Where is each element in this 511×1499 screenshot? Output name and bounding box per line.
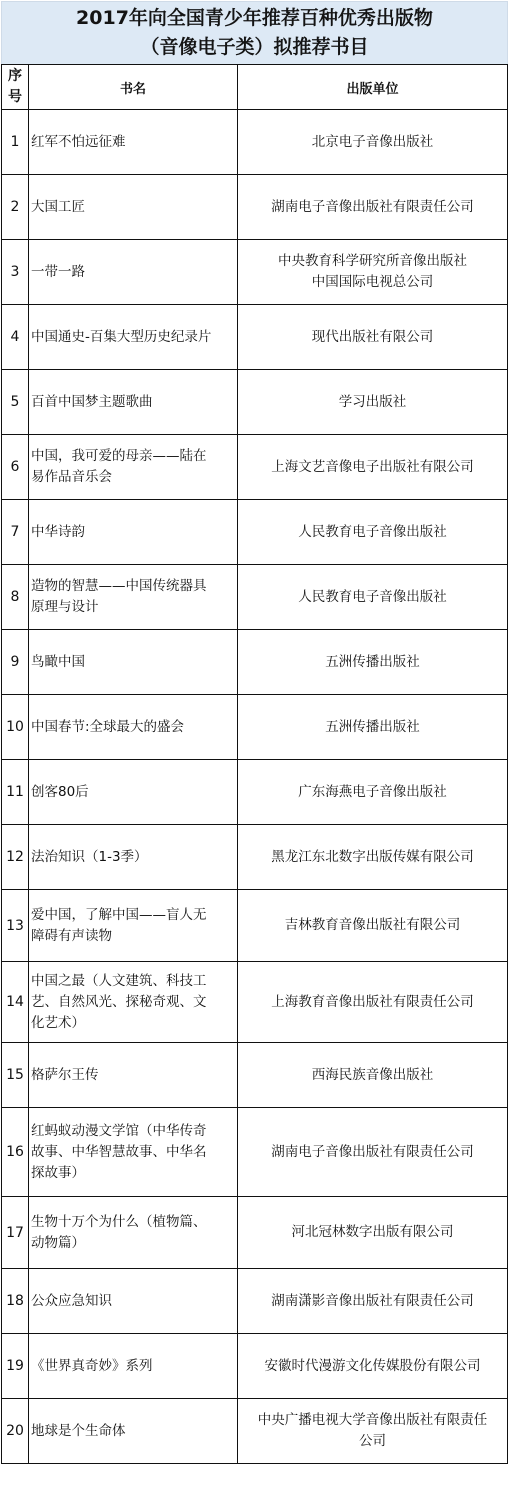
- row-number: 9: [2, 630, 29, 695]
- book-name: 红蚂蚁动漫文学馆（中华传奇 故事、中华智慧故事、中华名 探故事）: [29, 1108, 238, 1197]
- row-number: 6: [2, 435, 29, 500]
- table-row: 12 法治知识（1-3季） 黑龙江东北数字出版传媒有限公司: [2, 825, 508, 890]
- table-row: 11 创客80后 广东海燕电子音像出版社: [2, 760, 508, 825]
- publisher: 人民教育电子音像出版社: [238, 565, 508, 630]
- header-book-name: 书名: [29, 65, 238, 110]
- publisher: 五洲传播出版社: [238, 695, 508, 760]
- title-line-2: （音像电子类）拟推荐书目: [2, 33, 507, 62]
- book-name: 爱中国，了解中国——盲人无 障碍有声读物: [29, 890, 238, 962]
- row-number: 20: [2, 1399, 29, 1464]
- table-row: 17 生物十万个为什么（植物篇、 动物篇） 河北冠林数字出版有限公司: [2, 1197, 508, 1269]
- book-name: 造物的智慧——中国传统器具 原理与设计: [29, 565, 238, 630]
- row-number: 4: [2, 305, 29, 370]
- book-name: 中国之最（人文建筑、科技工 艺、自然风光、探秘奇观、文 化艺术）: [29, 962, 238, 1043]
- book-name: 中华诗韵: [29, 500, 238, 565]
- publisher: 五洲传播出版社: [238, 630, 508, 695]
- book-name: 中国春节:全球最大的盛会: [29, 695, 238, 760]
- row-number: 14: [2, 962, 29, 1043]
- row-number: 18: [2, 1269, 29, 1334]
- document-title: 2017年向全国青少年推荐百种优秀出版物 （音像电子类）拟推荐书目: [2, 2, 508, 65]
- publisher: 上海教育音像出版社有限责任公司: [238, 962, 508, 1043]
- header-serial-number: 序 号: [2, 65, 29, 110]
- publisher: 河北冠林数字出版有限公司: [238, 1197, 508, 1269]
- table-row: 13 爱中国，了解中国——盲人无 障碍有声读物 吉林教育音像出版社有限公司: [2, 890, 508, 962]
- book-name: 《世界真奇妙》系列: [29, 1334, 238, 1399]
- book-name: 百首中国梦主题歌曲: [29, 370, 238, 435]
- table-row: 14 中国之最（人文建筑、科技工 艺、自然风光、探秘奇观、文 化艺术） 上海教育…: [2, 962, 508, 1043]
- row-number: 10: [2, 695, 29, 760]
- book-name: 一带一路: [29, 240, 238, 305]
- book-name: 生物十万个为什么（植物篇、 动物篇）: [29, 1197, 238, 1269]
- publisher: 北京电子音像出版社: [238, 110, 508, 175]
- table-row: 4 中国通史-百集大型历史纪录片 现代出版社有限公司: [2, 305, 508, 370]
- book-name: 中国，我可爱的母亲——陆在 易作品音乐会: [29, 435, 238, 500]
- book-name: 大国工匠: [29, 175, 238, 240]
- publisher: 人民教育电子音像出版社: [238, 500, 508, 565]
- row-number: 16: [2, 1108, 29, 1197]
- table-row: 7 中华诗韵 人民教育电子音像出版社: [2, 500, 508, 565]
- book-name: 鸟瞰中国: [29, 630, 238, 695]
- table-row: 16 红蚂蚁动漫文学馆（中华传奇 故事、中华智慧故事、中华名 探故事） 湖南电子…: [2, 1108, 508, 1197]
- book-name: 创客80后: [29, 760, 238, 825]
- row-number: 8: [2, 565, 29, 630]
- table-row: 20 地球是个生命体 中央广播电视大学音像出版社有限责任 公司: [2, 1399, 508, 1464]
- table-row: 1 红军不怕远征难 北京电子音像出版社: [2, 110, 508, 175]
- recommendation-table: 2017年向全国青少年推荐百种优秀出版物 （音像电子类）拟推荐书目 序 号 书名…: [1, 1, 508, 1464]
- table-row: 6 中国，我可爱的母亲——陆在 易作品音乐会 上海文艺音像电子出版社有限公司: [2, 435, 508, 500]
- table-row: 18 公众应急知识 湖南潇影音像出版社有限责任公司: [2, 1269, 508, 1334]
- book-name: 中国通史-百集大型历史纪录片: [29, 305, 238, 370]
- publisher: 黑龙江东北数字出版传媒有限公司: [238, 825, 508, 890]
- recommended-list-sheet: 2017年向全国青少年推荐百种优秀出版物 （音像电子类）拟推荐书目 序 号 书名…: [1, 1, 508, 1464]
- row-number: 2: [2, 175, 29, 240]
- table-row: 19 《世界真奇妙》系列 安徽时代漫游文化传媒股份有限公司: [2, 1334, 508, 1399]
- publisher: 吉林教育音像出版社有限公司: [238, 890, 508, 962]
- publisher: 学习出版社: [238, 370, 508, 435]
- row-number: 13: [2, 890, 29, 962]
- table-row: 15 格萨尔王传 西海民族音像出版社: [2, 1043, 508, 1108]
- publisher: 广东海燕电子音像出版社: [238, 760, 508, 825]
- publisher: 中央教育科学研究所音像出版社 中国国际电视总公司: [238, 240, 508, 305]
- title-line-1: 2017年向全国青少年推荐百种优秀出版物: [2, 4, 507, 33]
- table-row: 3 一带一路 中央教育科学研究所音像出版社 中国国际电视总公司: [2, 240, 508, 305]
- table-row: 5 百首中国梦主题歌曲 学习出版社: [2, 370, 508, 435]
- book-name: 格萨尔王传: [29, 1043, 238, 1108]
- publisher: 西海民族音像出版社: [238, 1043, 508, 1108]
- publisher: 中央广播电视大学音像出版社有限责任 公司: [238, 1399, 508, 1464]
- table-row: 2 大国工匠 湖南电子音像出版社有限责任公司: [2, 175, 508, 240]
- row-number: 5: [2, 370, 29, 435]
- publisher: 湖南电子音像出版社有限责任公司: [238, 1108, 508, 1197]
- publisher: 安徽时代漫游文化传媒股份有限公司: [238, 1334, 508, 1399]
- book-name: 红军不怕远征难: [29, 110, 238, 175]
- book-name: 地球是个生命体: [29, 1399, 238, 1464]
- row-number: 17: [2, 1197, 29, 1269]
- header-publisher: 出版单位: [238, 65, 508, 110]
- book-name: 公众应急知识: [29, 1269, 238, 1334]
- row-number: 12: [2, 825, 29, 890]
- table-row: 8 造物的智慧——中国传统器具 原理与设计 人民教育电子音像出版社: [2, 565, 508, 630]
- publisher: 湖南电子音像出版社有限责任公司: [238, 175, 508, 240]
- table-row: 10 中国春节:全球最大的盛会 五洲传播出版社: [2, 695, 508, 760]
- row-number: 19: [2, 1334, 29, 1399]
- table-row: 9 鸟瞰中国 五洲传播出版社: [2, 630, 508, 695]
- row-number: 11: [2, 760, 29, 825]
- row-number: 15: [2, 1043, 29, 1108]
- publisher: 上海文艺音像电子出版社有限公司: [238, 435, 508, 500]
- publisher: 湖南潇影音像出版社有限责任公司: [238, 1269, 508, 1334]
- row-number: 1: [2, 110, 29, 175]
- book-name: 法治知识（1-3季）: [29, 825, 238, 890]
- publisher: 现代出版社有限公司: [238, 305, 508, 370]
- row-number: 7: [2, 500, 29, 565]
- row-number: 3: [2, 240, 29, 305]
